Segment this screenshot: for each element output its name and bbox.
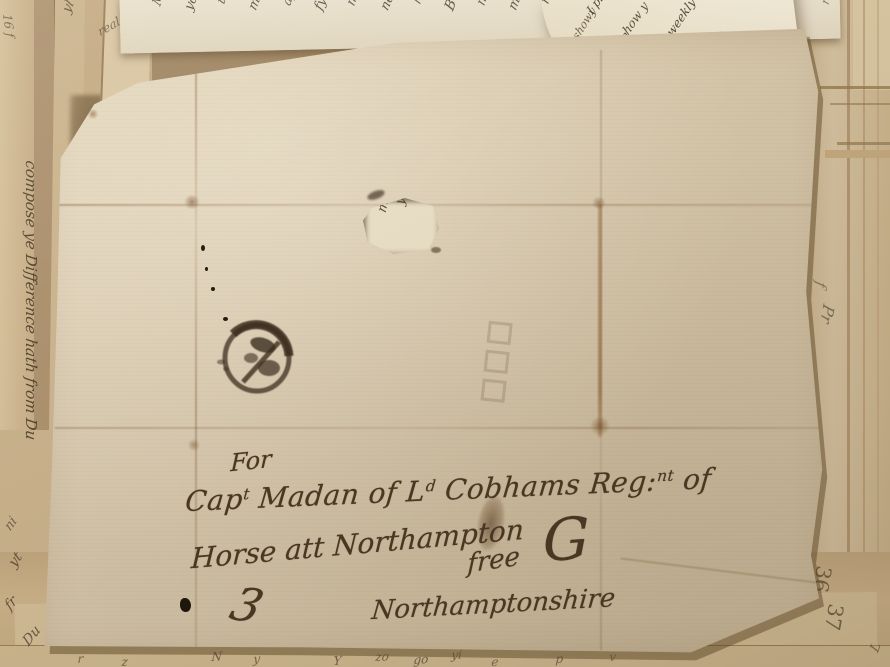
handwriting-fragment: fr [2, 593, 20, 614]
stain [187, 439, 201, 451]
faint-stamp [473, 320, 522, 416]
ink-speck [205, 267, 208, 271]
stain [591, 197, 607, 209]
handwriting-fragment: ay [280, 0, 298, 8]
ink-blot [180, 598, 191, 612]
handwriting-fragment: Du [20, 622, 44, 650]
postage-rate-mark: 3 [224, 577, 270, 633]
handwriting-fragment: Mad [150, 0, 173, 9]
handwriting-fragment: yl [60, 0, 78, 16]
letter-verso: yeme For Capt Madan of Ld Cobhams [35, 25, 835, 660]
faint-stamp-mark [481, 378, 507, 402]
address-county: Northamptonshire [370, 583, 616, 626]
handwriting-fragment: ye [393, 187, 410, 207]
handwriting-fragment: my [344, 0, 364, 9]
handwriting-fragment: real [96, 14, 122, 39]
stain [589, 417, 611, 435]
free-frank-mark: free [467, 542, 520, 580]
frank-flourish: G [543, 504, 589, 575]
handwriting-fragment: ne [378, 0, 397, 14]
handwriting-fragment: ni [2, 514, 20, 535]
handwriting-fragment: mo [506, 0, 526, 13]
handwriting-fragment: B [442, 0, 460, 14]
photograph-of-folded-letter: ylrealMadyorthemayayfymyneheBnemomalI pl… [0, 0, 890, 667]
handwriting-fragment: 16 f [0, 14, 17, 37]
address-salutation: For [230, 445, 272, 478]
handwriting-fragment: the [214, 0, 234, 7]
faint-stamp-mark [484, 350, 510, 374]
handwriting-fragment: ros [818, 0, 835, 6]
fold-crease-stain-streak [598, 205, 602, 437]
circular-postmark [213, 312, 299, 400]
handwriting-fragment: L [868, 640, 884, 655]
handwriting-fragment: z [121, 655, 128, 667]
seal-tear-hole: yeme [363, 198, 439, 254]
ink-speck [201, 245, 205, 251]
fold-crease-horizontal-lower [55, 427, 825, 429]
ink-mark [431, 247, 441, 253]
handwriting-fragment: yt [6, 549, 26, 571]
faint-stamp-mark [487, 321, 513, 345]
fold-crease-horizontal-upper [57, 204, 821, 206]
handwriting-fragment: mal [538, 0, 559, 7]
handwriting-fragment: fy [312, 0, 330, 13]
handwriting-fragment: may [246, 0, 269, 13]
ink-mark [366, 188, 386, 202]
handwriting-fragment: he [410, 0, 429, 7]
ink-speck [211, 287, 215, 291]
fold-crease-bottom-right [621, 558, 825, 585]
handwriting-fragment: compose ye Difference hath from Du [22, 159, 40, 441]
handwriting-fragment: f [812, 280, 830, 290]
handwriting-fragment: ne [474, 0, 492, 8]
stain [183, 195, 201, 209]
handwriting-fragment: Pr [817, 302, 838, 326]
handwriting-fragment: yor [182, 0, 203, 14]
